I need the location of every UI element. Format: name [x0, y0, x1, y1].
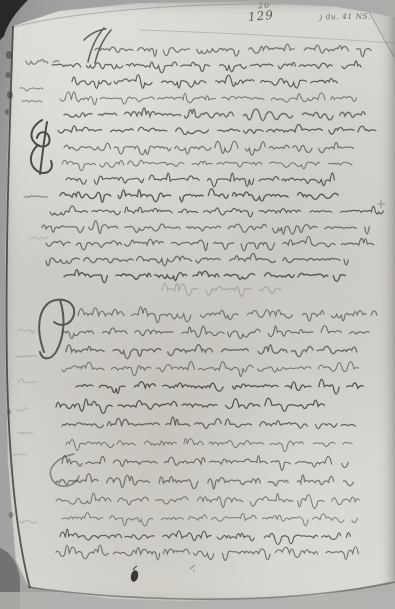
handwritten-line — [60, 92, 357, 105]
handwritten-line — [18, 329, 35, 332]
handwritten-line — [72, 75, 337, 89]
manuscript-page: 20 129 j du. 41 NS. — [0, 0, 395, 609]
handwritten-line — [56, 474, 353, 489]
archival-date-note: j du. 41 NS. — [320, 12, 371, 22]
ink-blot — [130, 570, 139, 583]
handwritten-line — [50, 206, 383, 217]
paper-grain-texture — [0, 0, 395, 609]
small-cross-mark — [378, 200, 385, 208]
handwritten-line — [62, 455, 348, 470]
ink-blot-tail — [133, 566, 137, 570]
horizontal-crease — [140, 30, 394, 43]
handwritten-line — [64, 141, 354, 155]
handwritten-line — [64, 270, 345, 283]
paragraph-2 — [56, 307, 377, 561]
handwritten-line — [24, 196, 48, 198]
paragraph-2-swash — [50, 454, 79, 486]
handwritten-line — [46, 253, 348, 265]
handwritten-line — [60, 189, 338, 202]
handwritten-line — [66, 173, 334, 187]
handwritten-line — [64, 108, 365, 121]
handwritten-line — [30, 237, 47, 239]
handwritten-line — [62, 160, 352, 171]
folio-number: 129 — [247, 8, 274, 24]
handwritten-line — [62, 513, 358, 527]
handwritten-line — [66, 439, 352, 452]
paragraph-2-initial-flourish — [39, 300, 74, 359]
corner-fold-crease — [364, 3, 394, 57]
handwritten-line — [162, 283, 281, 296]
handwritten-line — [16, 356, 36, 357]
handwritten-line — [14, 454, 27, 455]
handwritten-line — [95, 44, 371, 56]
handwritten-line — [46, 236, 374, 250]
handwritten-line — [66, 345, 357, 359]
handwriting-art — [0, 0, 395, 609]
handwritten-line — [78, 307, 377, 323]
handwritten-line — [20, 521, 36, 523]
handwritten-line — [76, 379, 363, 394]
handwritten-line — [56, 545, 358, 560]
paragraph-1 — [42, 44, 383, 296]
ink-blot-group — [130, 565, 195, 582]
paper-top-edge — [13, 4, 368, 27]
handwritten-line — [56, 398, 325, 413]
handwritten-line — [16, 408, 29, 412]
handwritten-line — [20, 88, 43, 91]
paragraph-1-opening-flourish — [84, 28, 111, 63]
handwritten-line — [58, 125, 376, 135]
small-tick-mark — [190, 565, 195, 569]
handwritten-line — [56, 493, 359, 508]
margin-flourish — [31, 120, 52, 174]
handwritten-line — [42, 221, 369, 234]
handwritten-line — [18, 379, 37, 383]
margin-annotations — [14, 59, 59, 523]
handwritten-line — [22, 100, 42, 102]
handwritten-line — [62, 417, 355, 429]
corner-fold-shade — [364, 0, 395, 57]
handwritten-line — [18, 432, 33, 434]
small-dot-mark — [193, 570, 195, 572]
handwritten-line — [62, 326, 369, 339]
manuscript-scan: 20 129 j du. 41 NS. — [0, 0, 395, 609]
handwritten-line — [62, 362, 359, 377]
handwritten-line — [26, 59, 59, 64]
handwritten-line — [60, 529, 350, 544]
handwritten-line — [52, 61, 361, 73]
